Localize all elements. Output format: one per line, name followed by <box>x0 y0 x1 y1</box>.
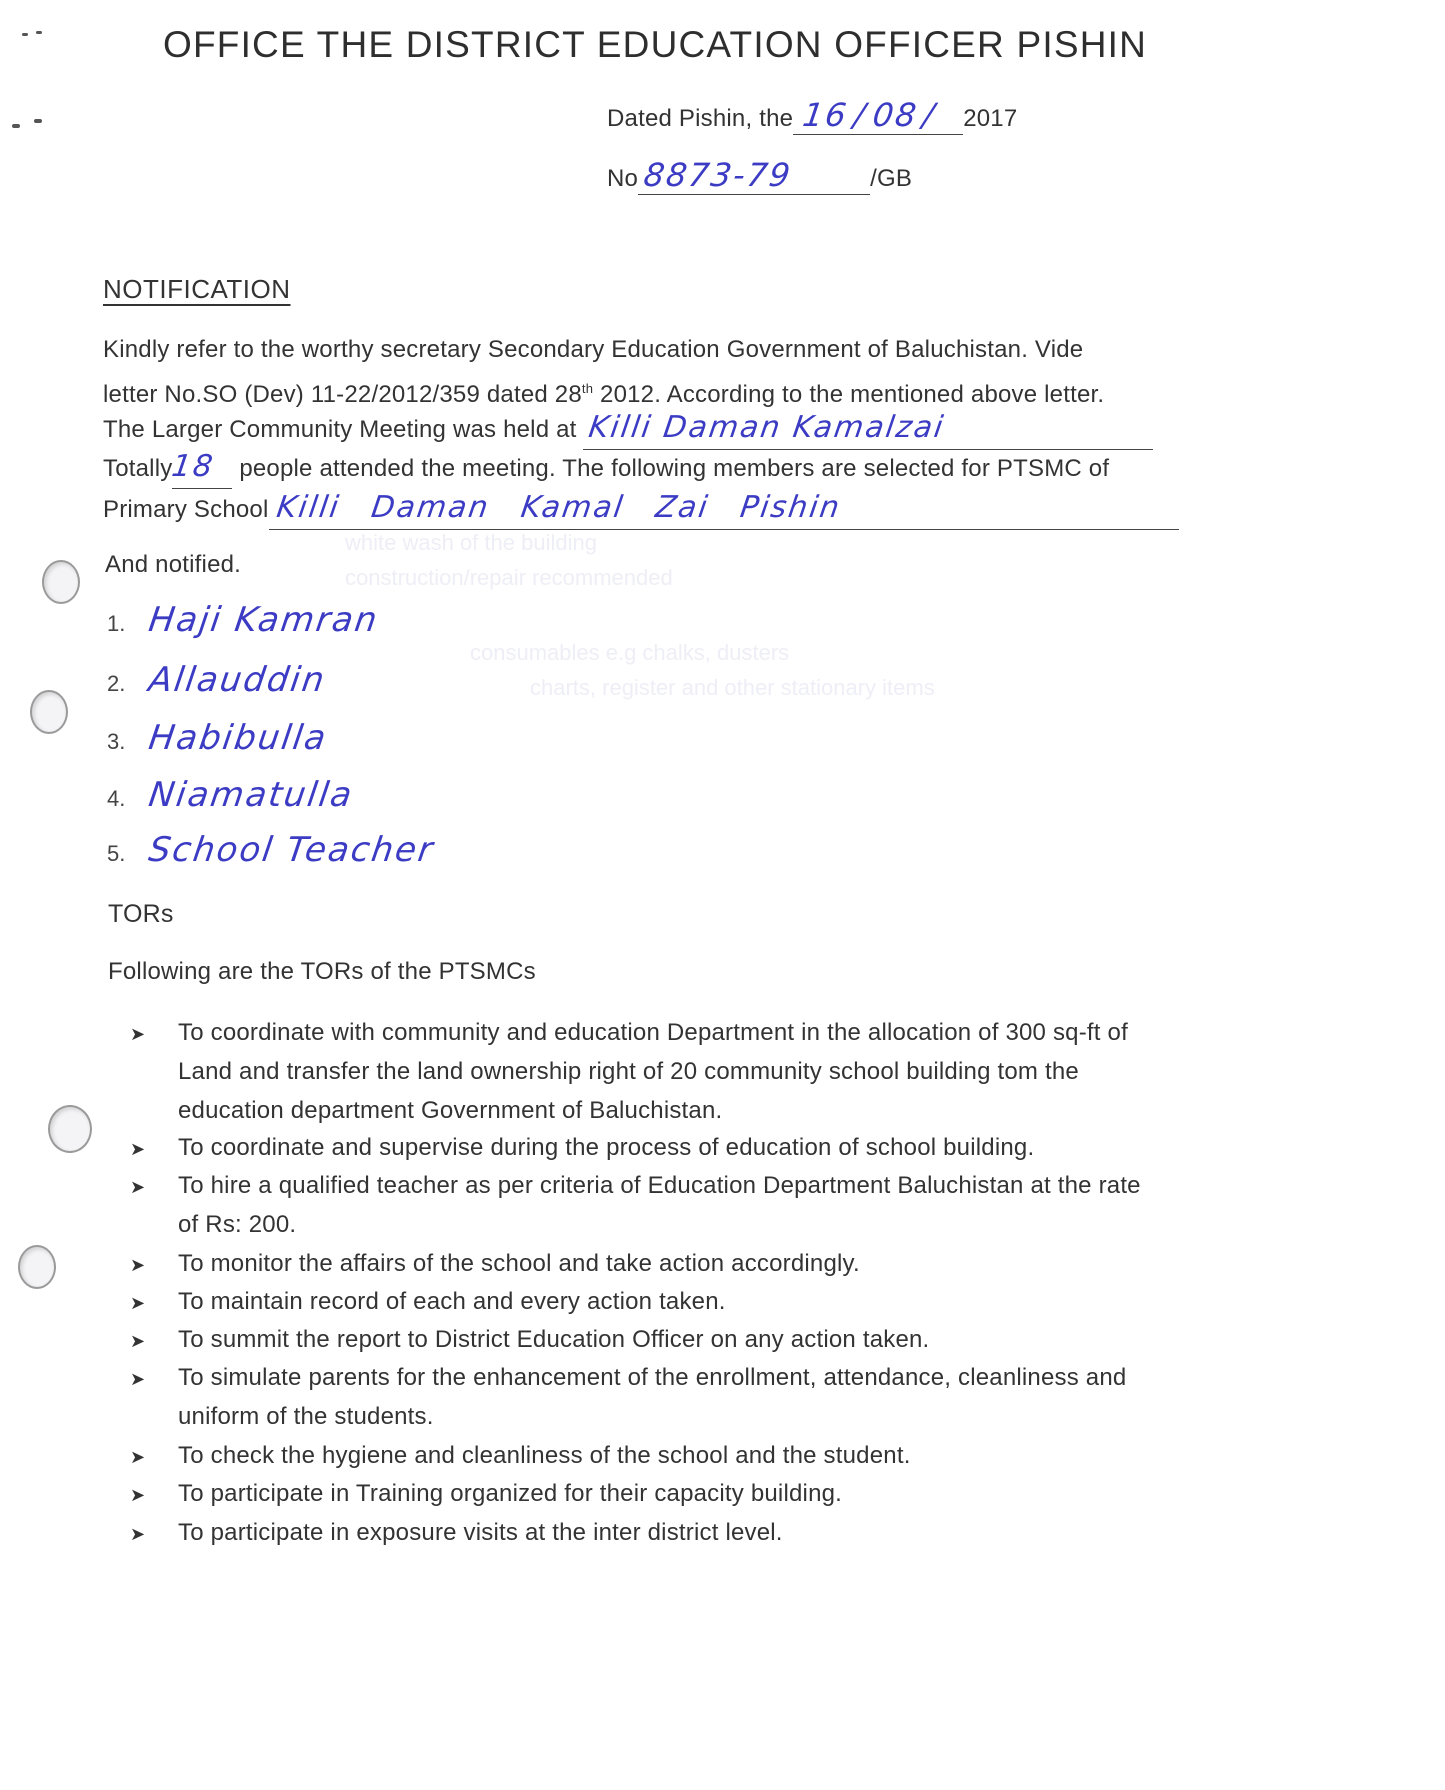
tor-text-continued: uniform of the students. <box>178 1397 434 1436</box>
member-name: Allauddin <box>146 660 328 700</box>
attendees-value: 18 <box>170 447 218 486</box>
member-item: 3.Habibulla <box>107 718 327 758</box>
tors-heading: TORs <box>108 900 174 929</box>
member-item: 1.Haji Kamran <box>107 600 379 640</box>
meeting-place-value: Killi Daman Kamalzai <box>587 408 948 447</box>
letter-reference-tail: 2012. According to the mentioned above l… <box>593 381 1104 408</box>
bleed-through-text: consumables e.g chalks, dusters <box>470 640 789 666</box>
totally-label: Totally <box>103 455 172 482</box>
tor-item: ➤To simulate parents for the enhancement… <box>130 1358 1126 1399</box>
bleed-through-text: charts, register and other stationary it… <box>530 675 935 701</box>
reference-number-line: No8873-79/GB <box>607 156 912 195</box>
tor-item: ➤To participate in Training organized fo… <box>130 1474 842 1515</box>
tor-item: ➤To maintain record of each and every ac… <box>130 1282 726 1323</box>
dated-label: Dated Pishin, the <box>607 105 793 132</box>
member-name: Habibulla <box>146 718 330 758</box>
scan-speck <box>22 33 28 36</box>
punch-hole <box>48 1105 92 1153</box>
member-number: 5. <box>107 841 143 867</box>
letter-reference: letter No.SO (Dev) 11-22/2012/359 dated … <box>103 381 582 408</box>
tor-text-continued: Land and transfer the land ownership rig… <box>178 1052 1079 1091</box>
tor-text: To participate in Training organized for… <box>178 1480 842 1507</box>
tor-item: ➤To coordinate and supervise during the … <box>130 1128 1034 1169</box>
number-value: 8873-79 <box>641 156 794 194</box>
punch-hole <box>42 560 80 604</box>
office-title: OFFICE THE DISTRICT EDUCATION OFFICER PI… <box>163 24 1147 66</box>
date-day: 16 <box>801 96 851 134</box>
date-year: 2017 <box>963 105 1017 132</box>
tor-item: ➤To monitor the affairs of the school an… <box>130 1244 860 1285</box>
tor-text: To coordinate and supervise during the p… <box>178 1134 1034 1161</box>
notification-line-5: Primary SchoolKilli Daman Kamal Zai Pish… <box>103 488 1179 530</box>
date-sep: / <box>921 96 939 134</box>
member-item: 4.Niamatulla <box>107 775 353 815</box>
attendance-text: people attended the meeting. The followi… <box>239 455 1109 482</box>
number-label: No <box>607 165 638 192</box>
meeting-place-field: Killi Daman Kamalzai <box>583 408 1153 450</box>
school-name-field: Killi Daman Kamal Zai Pishin <box>269 488 1179 530</box>
bleed-through-text: construction/repair recommended <box>345 565 673 591</box>
and-notified-text: And notified. <box>105 545 241 584</box>
arrow-bullet-icon: ➤ <box>130 1515 178 1554</box>
date-month: 08 <box>870 96 920 134</box>
notification-line-1: Kindly refer to the worthy secretary Sec… <box>103 330 1083 369</box>
tor-text: To monitor the affairs of the school and… <box>178 1250 860 1277</box>
notification-line-4: Totally18 people attended the meeting. T… <box>103 447 1109 489</box>
member-number: 2. <box>107 671 143 697</box>
tor-item: ➤To check the hygiene and cleanliness of… <box>130 1436 911 1477</box>
member-number: 4. <box>107 786 143 812</box>
arrow-bullet-icon: ➤ <box>130 1476 178 1515</box>
bleed-through-text: white wash of the building <box>345 530 597 556</box>
member-item: 2.Allauddin <box>107 660 326 700</box>
arrow-bullet-icon: ➤ <box>130 1360 178 1399</box>
member-name: School Teacher <box>146 830 437 870</box>
tor-item: ➤To summit the report to District Educat… <box>130 1320 929 1361</box>
tor-text: To simulate parents for the enhancement … <box>178 1364 1126 1391</box>
arrow-bullet-icon: ➤ <box>130 1130 178 1169</box>
tor-text-continued: of Rs: 200. <box>178 1205 296 1244</box>
arrow-bullet-icon: ➤ <box>130 1015 178 1054</box>
number-field: 8873-79 <box>638 156 870 195</box>
number-suffix: /GB <box>870 165 912 192</box>
school-name-value: Killi Daman Kamal Zai Pishin <box>274 488 843 527</box>
member-number: 3. <box>107 729 143 755</box>
date-sep: / <box>851 96 869 134</box>
punch-hole <box>30 690 68 734</box>
member-name: Niamatulla <box>146 775 356 815</box>
notification-line-3: The Larger Community Meeting was held at… <box>103 408 1153 450</box>
tor-text: To maintain record of each and every act… <box>178 1288 726 1315</box>
member-name: Haji Kamran <box>146 600 381 640</box>
tor-item: ➤To participate in exposure visits at th… <box>130 1513 783 1554</box>
attendees-field: 18 <box>172 447 232 489</box>
member-number: 1. <box>107 611 143 637</box>
punch-hole <box>18 1245 56 1289</box>
arrow-bullet-icon: ➤ <box>130 1438 178 1477</box>
member-item: 5.School Teacher <box>107 830 434 870</box>
tor-text: To check the hygiene and cleanliness of … <box>178 1442 911 1469</box>
tor-text: To summit the report to District Educati… <box>178 1326 929 1353</box>
tor-item: ➤To hire a qualified teacher as per crit… <box>130 1166 1141 1207</box>
scan-speck <box>36 31 42 34</box>
tor-item: ➤To coordinate with community and educat… <box>130 1013 1128 1054</box>
notification-heading: NOTIFICATION <box>103 274 291 305</box>
tor-text: To participate in exposure visits at the… <box>178 1519 783 1546</box>
tors-intro: Following are the TORs of the PTSMCs <box>108 958 536 986</box>
meeting-label: The Larger Community Meeting was held at <box>103 416 577 443</box>
arrow-bullet-icon: ➤ <box>130 1284 178 1323</box>
tor-text: To hire a qualified teacher as per crite… <box>178 1172 1141 1199</box>
date-line: Dated Pishin, the16/08/2017 <box>607 96 1017 135</box>
arrow-bullet-icon: ➤ <box>130 1322 178 1361</box>
primary-school-label: Primary School <box>103 496 269 523</box>
tor-text: To coordinate with community and educati… <box>178 1019 1128 1046</box>
scan-speck <box>34 119 42 123</box>
arrow-bullet-icon: ➤ <box>130 1168 178 1207</box>
date-field: 16/08/ <box>793 96 963 135</box>
arrow-bullet-icon: ➤ <box>130 1246 178 1285</box>
scan-speck <box>12 124 20 128</box>
ordinal-suffix: th <box>582 381 593 396</box>
tor-text-continued: education department Government of Baluc… <box>178 1091 722 1130</box>
